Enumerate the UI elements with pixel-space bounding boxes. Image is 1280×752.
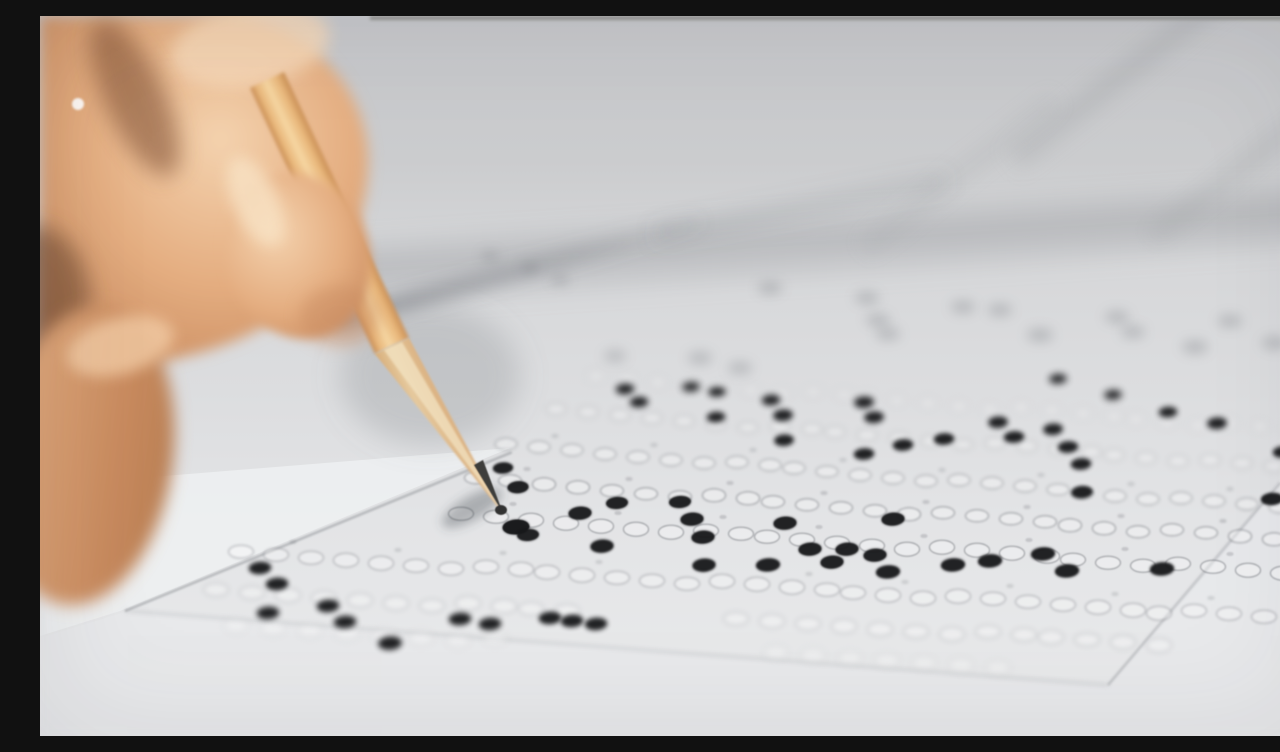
bubble-outline	[758, 459, 781, 472]
bubble-outline	[649, 376, 668, 387]
blurred-far-mark	[988, 304, 1012, 316]
background-smudges	[40, 16, 1280, 736]
bubble-outline	[985, 661, 1011, 676]
bubble-outline	[1270, 566, 1280, 581]
exam-answer-sheet-photo	[40, 16, 1280, 736]
bubble-outline	[623, 522, 649, 537]
filled-bubble-mark	[449, 612, 472, 626]
bubble-outline	[333, 553, 359, 568]
bubble-outline	[1189, 420, 1208, 431]
bubble-outline	[1251, 421, 1270, 432]
filled-bubble-mark	[1104, 390, 1122, 401]
filled-bubble-mark	[1043, 423, 1063, 435]
blurred-far-mark	[1121, 326, 1145, 338]
bubble-outline	[829, 501, 853, 514]
bubble-outline	[857, 392, 876, 403]
bubble-outline	[297, 624, 323, 639]
bubble-outline	[825, 426, 846, 438]
bubble-outline	[910, 591, 936, 606]
filled-bubble-mark	[707, 411, 726, 422]
bubble-outline	[610, 409, 631, 421]
bubble-outline	[894, 542, 920, 557]
bubble-outline	[980, 592, 1006, 607]
bubble-outline	[1104, 411, 1123, 422]
bubble-outline	[260, 621, 286, 636]
bubble-outline	[1095, 555, 1121, 570]
bubble-outline	[999, 512, 1023, 525]
digit-speck	[1111, 592, 1118, 596]
filled-bubble-mark	[590, 539, 614, 553]
bubble-outline	[999, 546, 1025, 561]
bubble-outline	[759, 614, 785, 629]
digit-speck	[939, 468, 946, 472]
bubble-outline	[1011, 402, 1030, 413]
bubble-outline	[705, 419, 726, 431]
bubble-outline	[203, 583, 229, 598]
digit-speck	[701, 568, 708, 572]
bubble-outline	[779, 580, 805, 595]
bubble-outline	[867, 622, 893, 637]
digit-speck	[499, 551, 506, 555]
pencil-wood-core-stripe	[384, 342, 502, 512]
bubble-outline	[1200, 560, 1226, 575]
bubble-outline	[1235, 498, 1258, 511]
filled-bubble-mark	[820, 555, 844, 569]
bubble-outline	[953, 439, 974, 451]
hand-soft-shadow	[340, 306, 520, 446]
bubble-row	[40, 16, 1280, 736]
filled-bubble-mark	[561, 614, 584, 628]
filled-bubble-mark	[863, 548, 887, 562]
fingertip-highlight	[215, 148, 295, 254]
bubble-outline	[737, 422, 758, 434]
filled-bubble-mark	[774, 434, 794, 446]
blurred-far-mark	[688, 352, 712, 364]
filled-bubble-mark	[249, 561, 272, 575]
blurred-far-mark	[604, 351, 626, 362]
digit-speck	[902, 580, 909, 584]
digit-speck	[1227, 487, 1234, 491]
bubble-outline	[903, 624, 929, 639]
bubble-outline	[857, 429, 878, 441]
bubble-outline	[578, 406, 599, 418]
digit-speck	[395, 548, 402, 552]
bubble-outline	[491, 599, 517, 614]
bubble-outline	[875, 588, 901, 603]
filled-bubble-mark	[835, 542, 859, 556]
filled-bubble-mark	[585, 617, 608, 631]
bubble-outline	[964, 543, 990, 558]
bubble-outline	[445, 634, 471, 649]
bubble-outline	[1104, 449, 1125, 461]
filled-bubble-mark	[864, 411, 884, 423]
photo-top-edge-shadow	[370, 16, 1280, 20]
bubble-outline	[709, 574, 735, 589]
bubble-outline	[1074, 633, 1100, 648]
pencil-shaft	[250, 72, 409, 354]
thumb	[40, 295, 193, 617]
digit-speck	[552, 434, 559, 438]
bubble-outline	[223, 619, 249, 634]
bubble-outline	[984, 437, 1005, 449]
sheet-edge-line	[125, 451, 512, 611]
bubble-outline	[816, 465, 839, 478]
bubble-outline	[840, 585, 866, 600]
filled-bubble-mark	[881, 512, 905, 526]
bubble-outline	[1263, 460, 1280, 472]
bubble-outline	[801, 423, 822, 435]
bubble-row	[40, 16, 1280, 736]
filled-bubble-mark	[798, 542, 822, 556]
bubble-outline	[403, 559, 429, 574]
bubble-outline	[1126, 525, 1150, 538]
bubble-outline	[1146, 606, 1172, 621]
digit-speck	[1219, 519, 1226, 523]
bubble-outline	[561, 444, 584, 457]
pencil-wood-cone	[375, 338, 502, 512]
pencil-graphite-tip	[474, 460, 503, 513]
bubble-outline	[1232, 457, 1253, 469]
bubble-outline	[1038, 630, 1064, 645]
blurred-far-mark	[1182, 341, 1208, 354]
bubble-outline	[859, 539, 885, 554]
bubble-outline	[741, 385, 760, 396]
bubble-outline	[929, 540, 955, 555]
bubble-outline	[1130, 558, 1156, 573]
filled-bubble-mark	[479, 617, 502, 631]
bubble-outline	[1165, 557, 1191, 572]
bubble-outline	[419, 598, 445, 613]
bubble-outline	[921, 435, 942, 447]
digit-speck	[290, 540, 297, 544]
filled-bubble-mark	[669, 495, 692, 509]
digit-speck	[820, 491, 827, 495]
bubble-outline	[1073, 408, 1092, 419]
bubble-outline	[566, 481, 590, 494]
bubble-outline	[587, 370, 606, 381]
bubble-outline	[1200, 454, 1221, 466]
filled-bubble-mark	[773, 516, 797, 530]
bubble-outline	[1042, 405, 1061, 416]
blurred-far-mark	[481, 252, 499, 261]
digit-speck	[1024, 505, 1031, 509]
bubble-outline	[763, 646, 789, 661]
bubble-outline	[1228, 530, 1252, 543]
bubble-outline	[800, 648, 826, 663]
filled-bubble-mark	[1071, 458, 1092, 470]
bubble-outline	[702, 489, 726, 502]
filled-bubble-mark	[630, 396, 649, 407]
bubble-outline	[1127, 414, 1146, 425]
filled-bubble-mark	[539, 611, 562, 625]
bubble-outline	[948, 658, 974, 673]
bubble-outline	[1013, 480, 1036, 493]
bubble-outline	[725, 455, 748, 468]
blurred-far-mark	[866, 314, 890, 326]
bubble-outline	[965, 509, 989, 522]
filled-bubble-mark	[1261, 492, 1280, 506]
bubble-outline	[919, 398, 938, 409]
bubble-outline	[347, 593, 373, 608]
bubble-outline	[981, 404, 1000, 415]
graphite-point	[495, 505, 507, 515]
bubble-outline	[1033, 515, 1057, 528]
filled-bubble-mark	[1207, 417, 1227, 429]
answer-bubble-grid	[40, 16, 1280, 736]
bubble-outline	[1136, 452, 1157, 464]
bubble-outline	[532, 478, 556, 491]
filled-bubble-mark	[1049, 374, 1067, 385]
bubble-row	[40, 16, 1280, 736]
bubble-outline	[508, 562, 534, 577]
blurred-far-mark	[758, 282, 782, 294]
bubble-outline	[554, 604, 580, 619]
index-fingertip	[204, 154, 393, 358]
filled-bubble-mark	[266, 577, 289, 591]
bubble-outline	[680, 379, 699, 390]
blurred-far-mark	[876, 328, 900, 340]
bubble-outline	[824, 536, 850, 551]
bubble-outline	[553, 516, 579, 531]
bubble-outline	[1015, 595, 1041, 610]
bubble-outline	[455, 596, 481, 611]
filled-bubble-mark	[893, 439, 914, 451]
bubble-outline	[939, 627, 965, 642]
filled-bubble-mark	[756, 558, 781, 573]
bubble-outline	[334, 626, 360, 641]
bubble-outline	[789, 533, 815, 548]
digit-speck	[719, 515, 726, 519]
filled-bubble-mark	[1159, 406, 1178, 417]
bubble-outline	[482, 631, 508, 646]
bubble-row	[40, 16, 1280, 736]
hand-and-pencil-overlay	[40, 16, 1280, 736]
digit-speck	[805, 572, 812, 576]
paper-sheen-streak	[1008, 16, 1280, 167]
bubble-outline	[383, 596, 409, 611]
bubble-outline	[772, 388, 791, 399]
filled-bubble-mark	[682, 382, 700, 393]
filled-bubble-mark	[334, 615, 357, 629]
bubble-outline	[1268, 501, 1280, 514]
bubble-outline	[1016, 440, 1037, 452]
bubble-outline	[889, 432, 910, 444]
bubble-outline	[803, 386, 822, 397]
bubble-outline	[668, 490, 692, 503]
finger-crease-shadow	[72, 16, 198, 188]
bubble-outline	[769, 420, 790, 432]
bubble-outline	[627, 450, 650, 463]
bubble-outline	[1048, 443, 1069, 455]
digit-speck	[1122, 547, 1129, 551]
bubble-outline	[980, 477, 1003, 490]
knuckle-shading	[300, 286, 380, 346]
bubble-outline	[795, 498, 819, 511]
blurred-far-mark	[551, 276, 569, 285]
bubble-outline	[275, 588, 301, 603]
bubble-row	[40, 16, 1280, 736]
bubble-outline	[744, 577, 770, 592]
paper-sheen-streak	[861, 94, 1060, 254]
finger-gap-shadow	[40, 226, 90, 386]
digit-speck	[523, 467, 530, 471]
bubble-outline	[754, 529, 780, 544]
bubble-outline	[1216, 606, 1242, 621]
bubble-outline	[1034, 549, 1060, 564]
pencil-cast-shadow	[332, 212, 704, 331]
bubble-outline	[950, 401, 969, 412]
filled-bubble-mark	[876, 565, 901, 580]
bubble-outline	[849, 468, 872, 481]
digit-speck	[1208, 596, 1215, 600]
bubble-outline	[1110, 635, 1136, 650]
digit-speck	[651, 443, 658, 447]
digit-speck	[596, 560, 603, 564]
bubble-outline	[1104, 490, 1127, 503]
bubble-outline	[438, 561, 464, 576]
bubble-outline	[674, 576, 700, 591]
digit-speck	[615, 511, 622, 515]
bubble-outline	[483, 510, 509, 525]
bubble-row	[40, 16, 1280, 736]
bubble-outline	[947, 473, 970, 486]
bubble-outline	[1262, 533, 1280, 546]
bubble-outline	[1235, 563, 1261, 578]
bubble-outline	[1146, 638, 1172, 653]
bubble-outline	[604, 571, 630, 586]
filled-bubble-mark	[1031, 547, 1056, 562]
bubble-outline	[888, 395, 907, 406]
bubble-outline	[298, 550, 324, 565]
bubble-outline	[600, 484, 624, 497]
filled-bubble-mark	[606, 496, 629, 510]
bubble-outline	[498, 474, 522, 487]
bubble-outline	[518, 513, 544, 528]
filled-bubble-mark	[691, 530, 715, 544]
filled-bubble-mark	[762, 394, 781, 405]
bubble-outline	[546, 403, 567, 415]
filled-bubble-mark	[941, 558, 966, 573]
ring-sparkle	[72, 98, 84, 110]
digit-speck	[727, 481, 734, 485]
bubble-outline	[728, 526, 754, 541]
filled-bubble-mark	[1004, 431, 1025, 443]
digit-speck	[816, 525, 823, 529]
bubble-outline	[1170, 491, 1193, 504]
digit-speck	[1007, 584, 1014, 588]
bubble-outline	[263, 547, 289, 562]
filled-bubble-mark	[1055, 564, 1080, 579]
bubble-row	[40, 16, 1280, 736]
bubble-outline	[911, 656, 937, 671]
filled-bubble-mark	[934, 433, 955, 445]
filled-bubble-mark	[317, 599, 340, 613]
bubble-outline	[674, 415, 695, 427]
filled-bubble-mark	[568, 506, 592, 520]
filled-bubble-mark	[854, 448, 875, 460]
filled-bubble-mark	[978, 554, 1003, 569]
bubble-outline	[1181, 604, 1207, 619]
bubble-outline	[473, 559, 499, 574]
bubble-outline	[408, 631, 434, 646]
pencil-cast-shadow-far	[655, 174, 947, 242]
background-sheet-edge-shadow	[299, 174, 1280, 311]
bubble-row	[40, 16, 1280, 736]
bubble-outline	[569, 568, 595, 583]
filled-bubble-mark	[708, 387, 726, 398]
digit-speck	[1037, 473, 1044, 477]
bubble-outline	[368, 556, 394, 571]
paper-sheen-streak	[1146, 46, 1280, 245]
digit-speck	[1128, 482, 1135, 486]
bubble-outline	[1194, 526, 1218, 539]
bubble-outline	[736, 492, 760, 505]
bubble-outline	[814, 583, 840, 598]
under-sheet-bottom	[40, 16, 1280, 736]
bubble-outline	[831, 619, 857, 634]
bubble-outline	[692, 457, 715, 470]
filled-bubble-mark	[1071, 485, 1093, 498]
blurred-far-mark	[1218, 315, 1242, 327]
bubble-outline	[1085, 600, 1111, 615]
digit-speck	[625, 477, 632, 481]
bubble-outline	[634, 487, 658, 500]
bubble-outline	[693, 523, 719, 538]
bubble-outline	[588, 519, 614, 534]
blurred-far-mark	[1262, 337, 1280, 350]
blurred-far-mark	[1105, 311, 1129, 323]
filled-bubble-mark	[1058, 441, 1079, 453]
bubble-outline	[639, 573, 665, 588]
bubble-outline	[495, 437, 518, 450]
filled-bubble-mark	[502, 519, 530, 536]
filled-bubble-mark	[257, 606, 280, 620]
filled-bubble-mark	[988, 416, 1008, 428]
bubble-outline	[1080, 446, 1101, 458]
bubble-outline	[711, 382, 730, 393]
filled-bubble-mark	[507, 480, 529, 493]
bubble-outline	[1060, 552, 1086, 567]
digit-speck	[510, 502, 517, 506]
bubble-outline	[1050, 597, 1076, 612]
blurred-far-mark	[1027, 329, 1053, 342]
finger-highlight	[164, 16, 335, 99]
bubble-outline	[1120, 603, 1146, 618]
hand-fingers	[40, 16, 368, 368]
bubble-outline	[1203, 494, 1226, 507]
digit-speck	[921, 534, 928, 538]
blurred-far-mark	[951, 301, 975, 313]
bubble-outline	[1071, 486, 1094, 499]
bubble-outline	[897, 508, 921, 521]
bubble-outline	[795, 617, 821, 632]
bubble-outline	[1046, 483, 1069, 496]
digit-speck	[749, 448, 756, 452]
bubble-outline	[518, 601, 544, 616]
bubble-outline	[1251, 609, 1277, 624]
digit-speck	[1117, 514, 1124, 518]
bubble-outline	[642, 412, 663, 424]
digit-speck	[840, 458, 847, 462]
bubble-outline	[371, 629, 397, 644]
bubble-outline	[1158, 417, 1177, 428]
filled-bubble-mark	[1150, 562, 1175, 577]
digit-speck	[1227, 552, 1234, 556]
sheet-edge-lines	[40, 16, 1280, 736]
bubble-outline	[594, 447, 617, 460]
filled-bubble-mark	[378, 636, 402, 650]
pencil-tip-contact-shadow	[437, 481, 508, 536]
